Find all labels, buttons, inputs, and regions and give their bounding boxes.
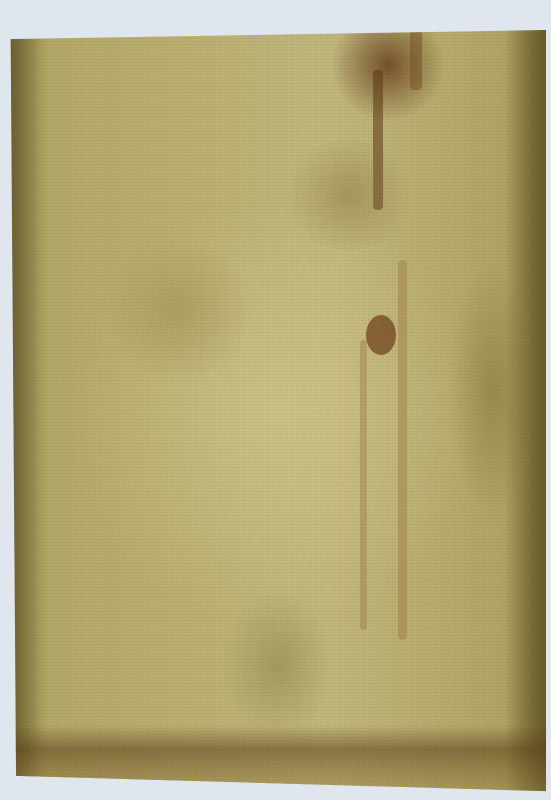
stained-fabric: [8, 30, 546, 795]
center-drip-2: [398, 260, 407, 640]
center-drip-1: [360, 340, 367, 630]
water-stain-upper-center: [278, 140, 418, 250]
brown-spot: [366, 315, 396, 355]
water-stain-left-swirl: [98, 240, 258, 380]
water-stain-lower-center: [223, 590, 333, 740]
top-right-drip: [410, 30, 422, 90]
water-stain-right: [448, 260, 538, 520]
